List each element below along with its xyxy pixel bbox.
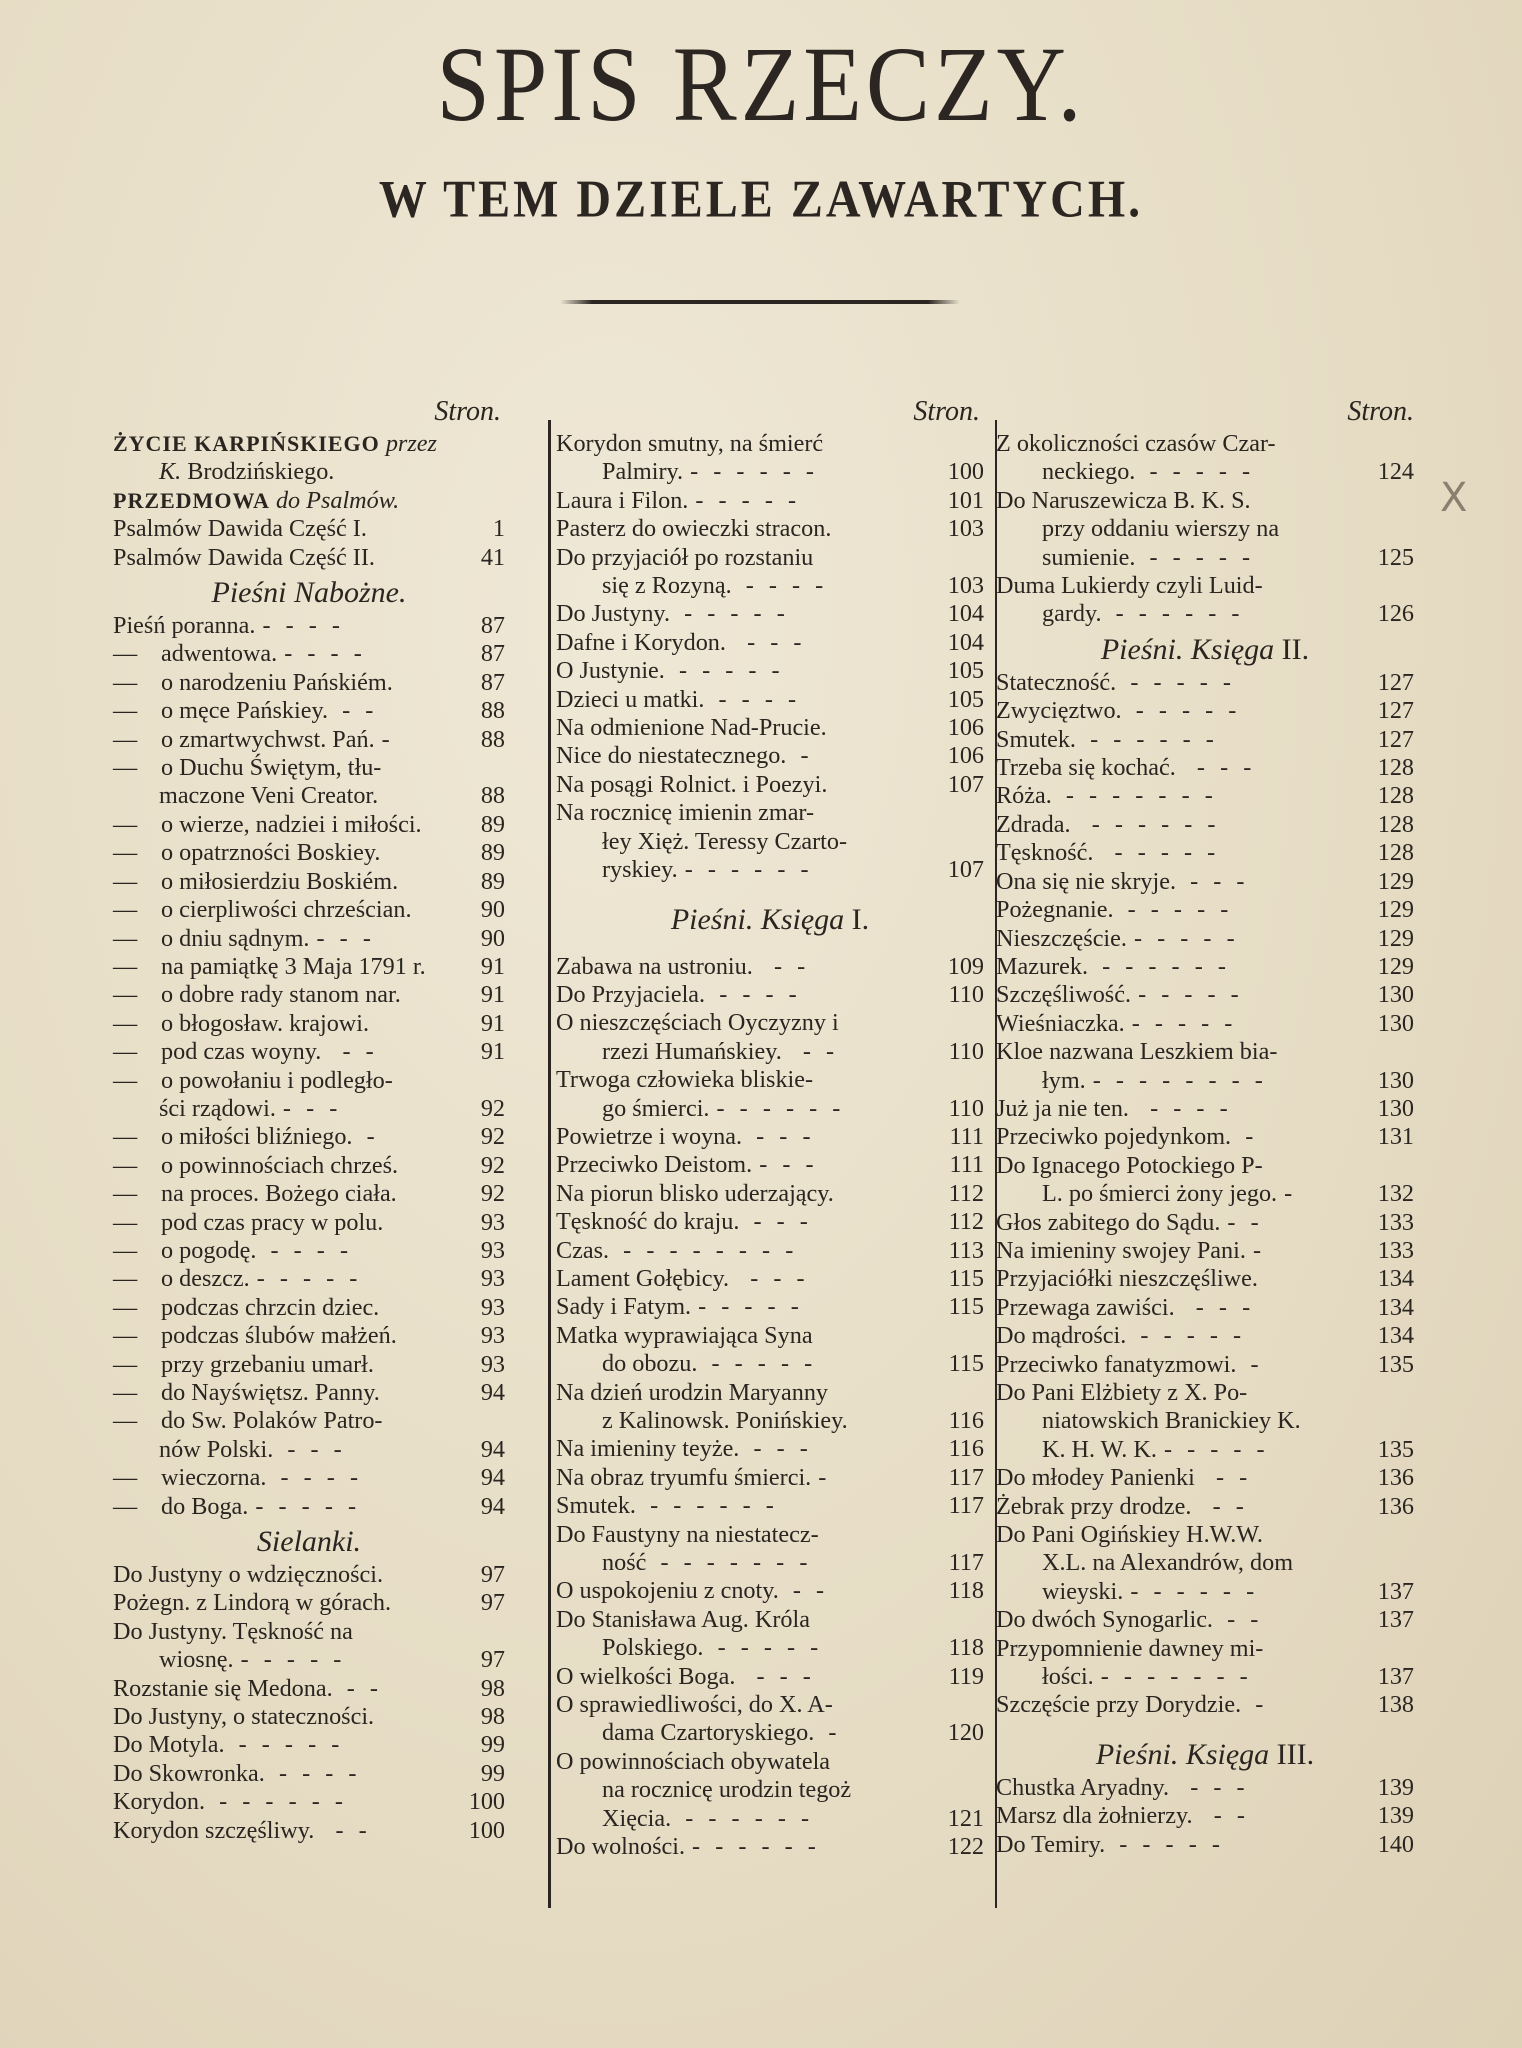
- entry-line: Do Naruszewicza B. K. S.: [996, 487, 1414, 515]
- entry-text: Nice do niestatecznego.: [556, 742, 786, 769]
- toc-entry[interactable]: Z okoliczności czasów Czar-neckiego. - -…: [996, 430, 1414, 487]
- entry-line: Do Przyjaciela. - - - - 110: [556, 981, 984, 1009]
- dot-leader: - - -: [726, 629, 810, 656]
- entry-title: Przewaga zawiści. - - -: [996, 1294, 1368, 1322]
- entry-page: 91: [465, 1038, 505, 1066]
- dot-leader: -: [814, 1719, 844, 1746]
- entry-line-cont: Polskiego. - - - - - 118: [556, 1634, 984, 1662]
- toc-entry[interactable]: —wieczorna. - - - - 94: [113, 1464, 505, 1492]
- toc-entry[interactable]: —na proces. Bożego ciała.92: [113, 1180, 505, 1208]
- toc-entry[interactable]: Do Pani Elżbiety z X. Po-niatowskich Bra…: [996, 1379, 1414, 1464]
- toc-entry[interactable]: —o narodzeniu Pańskiém.87: [113, 669, 505, 697]
- entry-text: o opatrzności Boskiey.: [161, 839, 380, 866]
- entry-text: Duma Lukierdy czyli Luid-: [996, 572, 1263, 599]
- toc-entry[interactable]: —adwentowa. - - - - 87: [113, 640, 505, 668]
- toc-entry[interactable]: Przeciwko fanatyzmowi. - 135: [996, 1351, 1414, 1379]
- toc-entry[interactable]: —o dobre rady stanom nar.91: [113, 981, 505, 1009]
- toc-entry[interactable]: Róża. - - - - - - - 128: [996, 782, 1414, 810]
- entry-page: 128: [1368, 754, 1414, 782]
- toc-entry[interactable]: —o dniu sądnym. - - - 90: [113, 925, 505, 953]
- entry-page: 118: [938, 1634, 984, 1662]
- entry-text: ność: [602, 1549, 646, 1576]
- entry-text: niatowskich Branickiey K.: [1042, 1407, 1301, 1434]
- entry-text: adwentowa.: [161, 640, 277, 667]
- toc-entry[interactable]: Przewaga zawiści. - - - 134: [996, 1294, 1414, 1322]
- toc-entry[interactable]: Już ja nie ten. - - - - 130: [996, 1095, 1414, 1123]
- entry-title: —na proces. Bożego ciała.: [113, 1180, 465, 1208]
- ditto-dash-icon: —: [113, 839, 161, 867]
- toc-entry[interactable]: —do Nayświętsz. Panny.94: [113, 1379, 505, 1407]
- entry-text: Smutek.: [556, 1492, 636, 1519]
- dot-leader: - - - -: [704, 686, 804, 713]
- entry-line: Mazurek. - - - - - - 129: [996, 953, 1414, 981]
- section-label: Pieśni. Księga: [1096, 1738, 1269, 1771]
- toc-entry[interactable]: Zdrada. - - - - - - 128: [996, 811, 1414, 839]
- toc-entry[interactable]: —przy grzebaniu umarł.93: [113, 1351, 505, 1379]
- entry-title: —pod czas woyny. - -: [113, 1038, 465, 1066]
- ditto-dash-icon: —: [113, 1123, 161, 1151]
- toc-entry[interactable]: Na odmienione Nad-Prucie. 106: [556, 714, 984, 742]
- toc-entry[interactable]: —o opatrzności Boskiey.89: [113, 839, 505, 867]
- toc-entry[interactable]: Do Ignacego Potockiego P-L. po śmierci ż…: [996, 1152, 1414, 1209]
- entry-title: O wielkości Boga. - - -: [556, 1663, 938, 1691]
- ditto-dash-icon: —: [113, 726, 161, 754]
- entry-title: Sady i Fatym. - - - - -: [556, 1293, 938, 1321]
- toc-entry[interactable]: Do mądrości. - - - - - 134: [996, 1322, 1414, 1350]
- entry-line: O nieszczęściach Oyczyzny i: [556, 1009, 984, 1037]
- toc-entry[interactable]: Trwoga człowieka bliskie-go śmierci. - -…: [556, 1066, 984, 1123]
- toc-entry[interactable]: —pod czas woyny. - - 91: [113, 1038, 505, 1066]
- toc-entry[interactable]: —do Boga. - - - - - 94: [113, 1493, 505, 1521]
- entry-text: Pasterz do owieczki stracon.: [556, 515, 831, 542]
- entry-title: ŻYCIE KARPIŃSKIEGO: [113, 431, 380, 456]
- entry-line: O wielkości Boga. - - - 119: [556, 1663, 984, 1691]
- entry-page: 112: [938, 1208, 984, 1236]
- toc-entry[interactable]: Smutek. - - - - - - 127: [996, 726, 1414, 754]
- dot-leader: - - - -: [277, 640, 370, 667]
- toc-entry[interactable]: O nieszczęściach Oyczyzny irzezi Humańsk…: [556, 1009, 984, 1066]
- toc-entry[interactable]: —o Duchu Świętym, tłu-maczone Veni Creat…: [113, 754, 505, 811]
- toc-entry[interactable]: Pasterz do owieczki stracon. 103: [556, 515, 984, 543]
- toc-entry[interactable]: Do Justyny. Tęskność nawiosnę. - - - - -…: [113, 1618, 505, 1675]
- entry-text: Zwycięztwo.: [996, 697, 1122, 724]
- entry-text: Rozstanie się Medona.: [113, 1675, 333, 1702]
- toc-entry[interactable]: Zabawa na ustroniu. - - 109: [556, 953, 984, 981]
- toc-entry[interactable]: Tęskność do kraju. - - - 112: [556, 1208, 984, 1236]
- entry-page: 41: [465, 544, 505, 572]
- toc-entry[interactable]: Smutek. - - - - - - 117: [556, 1492, 984, 1520]
- entry-page: 134: [1368, 1265, 1414, 1293]
- toc-entry[interactable]: Przypomnienie dawney mi-łości. - - - - -…: [996, 1635, 1414, 1692]
- ditto-dash-icon: —: [113, 1237, 161, 1265]
- section-label: Pieśni. Księga: [671, 903, 844, 936]
- entry-text: Do Motyla.: [113, 1731, 225, 1758]
- entry-title: gardy. - - - - - -: [1042, 600, 1368, 628]
- entry-line: —o miłości bliźniego. - 92: [113, 1123, 505, 1151]
- entry-title: Nice do niestatecznego. -: [556, 742, 938, 770]
- entry-text: ryskiey.: [602, 856, 678, 883]
- entry-title: —o opatrzności Boskiey.: [113, 839, 465, 867]
- entry-page: 136: [1368, 1464, 1414, 1492]
- ditto-dash-icon: —: [113, 1351, 161, 1379]
- entry-page: 94: [465, 1379, 505, 1407]
- entry-title: X.L. na Alexandrów, dom: [1042, 1549, 1368, 1577]
- entry-line: O uspokojeniu z cnoty. - - 118: [556, 1577, 984, 1605]
- toc-entry-przedmowa[interactable]: PRZEDMOWA do Psalmów.: [113, 487, 505, 515]
- toc-entry[interactable]: O uspokojeniu z cnoty. - - 118: [556, 1577, 984, 1605]
- entry-title: O uspokojeniu z cnoty. - -: [556, 1577, 938, 1605]
- entry-page: 104: [938, 600, 984, 628]
- toc-entry[interactable]: —do Sw. Polaków Patro-nów Polski. - - - …: [113, 1407, 505, 1464]
- entry-title: Do Pani Ogińskiey H.W.W.: [996, 1521, 1368, 1549]
- toc-entry[interactable]: Do wolności. - - - - - - 122: [556, 1833, 984, 1861]
- section-number: II.: [1282, 633, 1309, 666]
- toc-entry[interactable]: —o powinnościach chrześ.92: [113, 1152, 505, 1180]
- entry-title: —przy grzebaniu umarł.: [113, 1351, 465, 1379]
- entry-title: —o dobre rady stanom nar.: [113, 981, 465, 1009]
- entry-title: Smutek. - - - - - -: [556, 1492, 938, 1520]
- toc-entry[interactable]: —o wierze, nadziei i miłości.89: [113, 811, 505, 839]
- entry-title: do obozu. - - - - -: [602, 1350, 938, 1378]
- toc-entry[interactable]: Do Skowronka. - - - - 99: [113, 1760, 505, 1788]
- dot-leader: - - - - -: [1157, 1436, 1273, 1463]
- toc-entry[interactable]: —o pogodę. - - - - 93: [113, 1237, 505, 1265]
- dot-leader: [827, 771, 834, 798]
- toc-entry[interactable]: Psalmów Dawida Część I. 1: [113, 515, 505, 543]
- entry-title: Tęskność. - - - - -: [996, 839, 1368, 867]
- entry-line: —o powinnościach chrześ.92: [113, 1152, 505, 1180]
- toc-entry[interactable]: Na obraz tryumfu śmierci. - 117: [556, 1464, 984, 1492]
- toc-entry[interactable]: Trzeba się kochać. - - - 128: [996, 754, 1414, 782]
- toc-entry[interactable]: Zwycięztwo. - - - - - 127: [996, 697, 1414, 725]
- toc-entry[interactable]: Do Przyjaciela. - - - - 110: [556, 981, 984, 1009]
- entry-line: O sprawiedliwości, do X. A-: [556, 1691, 984, 1719]
- toc-entry[interactable]: Stateczność. - - - - - 127: [996, 669, 1414, 697]
- toc-entry[interactable]: Przeciwko pojedynkom. - 131: [996, 1123, 1414, 1151]
- entry-text: maczone Veni Creator.: [159, 782, 378, 809]
- entry-page: 116: [938, 1435, 984, 1463]
- entry-page: 134: [1368, 1294, 1414, 1322]
- entry-page: 137: [1368, 1663, 1414, 1691]
- toc-entry[interactable]: Do Temiry. - - - - - 140: [996, 1831, 1414, 1859]
- toc-entry[interactable]: —o cierpliwości chrześcian.90: [113, 896, 505, 924]
- toc-entry[interactable]: O sprawiedliwości, do X. A-dama Czartory…: [556, 1691, 984, 1748]
- toc-entry[interactable]: Przeciwko Deistom. - - - 111: [556, 1151, 984, 1179]
- entry-text: łości.: [1042, 1663, 1094, 1690]
- dot-leader: - - - - - - - -: [1086, 1067, 1271, 1094]
- entry-text: Szczęśliwość.: [996, 981, 1131, 1008]
- toc-entry[interactable]: Korydon smutny, na śmierćPalmiry. - - - …: [556, 430, 984, 487]
- toc-entry[interactable]: —podczas chrzcin dziec.93: [113, 1294, 505, 1322]
- ditto-dash-icon: —: [113, 1180, 161, 1208]
- entry-title: łości. - - - - - - -: [1042, 1663, 1368, 1691]
- entry-line: Korydon smutny, na śmierć: [556, 430, 984, 458]
- entry-line: Powietrze i woyna. - - - 111: [556, 1123, 984, 1151]
- toc-entry[interactable]: Tęskność. - - - - - 128: [996, 839, 1414, 867]
- dot-leader: - -: [782, 1038, 842, 1065]
- dot-leader: - - -: [276, 1095, 345, 1122]
- toc-entry[interactable]: Na piorun blisko uderzający.112: [556, 1180, 984, 1208]
- entry-title: sumienie. - - - - -: [1042, 544, 1368, 572]
- toc-entry[interactable]: Chustka Aryadny. - - - 139: [996, 1774, 1414, 1802]
- entry-line: Do Stanisława Aug. Króla: [556, 1606, 984, 1634]
- dot-leader: -: [786, 742, 816, 769]
- toc-entry[interactable]: Pożegnanie. - - - - - 129: [996, 896, 1414, 924]
- entry-line-cont: wieyski. - - - - - - 137: [996, 1578, 1414, 1606]
- entry-page: 136: [1368, 1493, 1414, 1521]
- entry-page: 98: [465, 1703, 505, 1731]
- entry-title: Pożegnanie. - - - - -: [996, 896, 1368, 924]
- entry-page: 105: [938, 686, 984, 714]
- toc-entry[interactable]: Do Pani Ogińskiey H.W.W.X.L. na Alexandr…: [996, 1521, 1414, 1606]
- toc-entry[interactable]: Żebrak przy drodze. - - 136: [996, 1493, 1414, 1521]
- toc-entry[interactable]: —pod czas pracy w polu.93: [113, 1209, 505, 1237]
- entry-page: 130: [1368, 1010, 1414, 1038]
- entry-title: —o miłosierdziu Boskiém.: [113, 868, 465, 896]
- toc-entry[interactable]: —o męce Pańskiey. - - 88: [113, 697, 505, 725]
- entry-text: Róża.: [996, 782, 1052, 809]
- toc-entry[interactable]: Dzieci u matki. - - - - 105: [556, 686, 984, 714]
- entry-text: gardy.: [1042, 600, 1102, 627]
- entry-title: łym. - - - - - - - -: [1042, 1067, 1368, 1095]
- dot-leader: - - - - -: [1093, 839, 1223, 866]
- toc-entry[interactable]: Do Naruszewicza B. K. S.przy oddaniu wie…: [996, 487, 1414, 572]
- entry-line: Dafne i Korydon. - - - 104: [556, 629, 984, 657]
- dot-leader: -: [1236, 1351, 1266, 1378]
- entry-line: Na imieniny swojey Pani. - 133: [996, 1237, 1414, 1265]
- toc-entry[interactable]: Laura i Filon. - - - - - 101: [556, 487, 984, 515]
- entry-line: Zabawa na ustroniu. - - 109: [556, 953, 984, 981]
- toc-entry[interactable]: Na imieniny swojey Pani. - 133: [996, 1237, 1414, 1265]
- toc-entry[interactable]: Powietrze i woyna. - - - 111: [556, 1123, 984, 1151]
- entry-title: —pod czas pracy w polu.: [113, 1209, 465, 1237]
- entry-page: 115: [938, 1265, 984, 1293]
- entry-text: do Sw. Polaków Patro-: [161, 1407, 383, 1434]
- toc-entry[interactable]: Do Stanisława Aug. KrólaPolskiego. - - -…: [556, 1606, 984, 1663]
- entry-text: podczas ślubów małżeń.: [161, 1322, 397, 1349]
- toc-entry[interactable]: Korydon szczęśliwy. - - 100: [113, 1817, 505, 1845]
- entry-text: Do mądrości.: [996, 1322, 1126, 1349]
- entry-title: Róża. - - - - - - -: [996, 782, 1368, 810]
- dot-leader: -: [1277, 1180, 1300, 1207]
- toc-entry[interactable]: Szczęśliwość. - - - - - 130: [996, 981, 1414, 1009]
- entry-title: Do Naruszewicza B. K. S.: [996, 487, 1368, 515]
- entry-text: się z Rozyną.: [602, 572, 732, 599]
- entry-page: 135: [1368, 1436, 1414, 1464]
- toc-entry[interactable]: Rozstanie się Medona. - - 98: [113, 1675, 505, 1703]
- entry-title: Na dzień urodzin Maryanny: [556, 1379, 938, 1407]
- entry-page: 140: [1368, 1831, 1414, 1859]
- entry-page: 88: [465, 726, 505, 754]
- entry-line: Przeciwko Deistom. - - - 111: [556, 1151, 984, 1179]
- entry-page: 117: [938, 1492, 984, 1520]
- toc-entry[interactable]: Czas. - - - - - - - - 113: [556, 1237, 984, 1265]
- toc-entry-zycie[interactable]: ŻYCIE KARPIŃSKIEGO przez: [113, 430, 505, 458]
- toc-entry[interactable]: O wielkości Boga. - - - 119: [556, 1663, 984, 1691]
- dot-leader: - - - - -: [1122, 697, 1245, 724]
- entry-line: Laura i Filon. - - - - - 101: [556, 487, 984, 515]
- entry-line-cont: maczone Veni Creator.88: [113, 782, 505, 810]
- entry-line: Do młodey Panienki - - 136: [996, 1464, 1414, 1492]
- entry-text: Xięcia.: [602, 1805, 671, 1832]
- entry-text: o powołaniu i podległo-: [161, 1067, 393, 1094]
- title-rule-divider: [560, 300, 960, 304]
- entry-text: L. po śmierci żony jego.: [1042, 1180, 1277, 1207]
- toc-entry[interactable]: Sady i Fatym. - - - - - 115: [556, 1293, 984, 1321]
- toc-entry[interactable]: Na dzień urodzin Maryannyz Kalinowsk. Po…: [556, 1379, 984, 1436]
- entry-text: wiosnę.: [159, 1646, 234, 1673]
- toc-entry[interactable]: —o zmartwychwst. Pań. - 88: [113, 726, 505, 754]
- toc-entry[interactable]: Do przyjaciół po rozstaniusię z Rozyną. …: [556, 544, 984, 601]
- toc-entry[interactable]: Pieśń poranna. - - - - 87: [113, 612, 505, 640]
- entry-line: Przeciwko fanatyzmowi. - 135: [996, 1351, 1414, 1379]
- toc-entry[interactable]: Na posągi Rolnict. i Poezyi. 107: [556, 771, 984, 799]
- entry-line: Z okoliczności czasów Czar-: [996, 430, 1414, 458]
- entry-page: 117: [938, 1549, 984, 1577]
- entry-title: Do przyjaciół po rozstaniu: [556, 544, 938, 572]
- dot-leader: - - - - -: [688, 487, 804, 514]
- entry-line: Do Pani Elżbiety z X. Po-: [996, 1379, 1414, 1407]
- entry-title: —o powołaniu i podległo-: [113, 1067, 465, 1095]
- toc-entry[interactable]: Do Motyla. - - - - - 99: [113, 1731, 505, 1759]
- entry-text: przy grzebaniu umarł.: [161, 1351, 374, 1378]
- entry-title: ryskiey. - - - - - -: [602, 856, 938, 884]
- entry-line: Ona się nie skryje. - - - 129: [996, 868, 1414, 896]
- entry-text: O wielkości Boga.: [556, 1663, 735, 1690]
- entry-text: łey Xięż. Teressy Czarto-: [602, 828, 847, 855]
- entry-text: o błogosław. krajowi.: [161, 1010, 369, 1037]
- entry-line-cont: wiosnę. - - - - - 97: [113, 1646, 505, 1674]
- toc-entry[interactable]: Przyjaciółki nieszczęśliwe. 134: [996, 1265, 1414, 1293]
- entry-text: Mazurek.: [996, 953, 1088, 980]
- toc-entry[interactable]: Korydon. - - - - - - 100: [113, 1788, 505, 1816]
- dot-leader: - - - - - -: [1088, 953, 1234, 980]
- entry-text: Na obraz tryumfu śmierci.: [556, 1464, 811, 1491]
- entry-text: Przeciwko fanatyzmowi.: [996, 1351, 1236, 1378]
- dot-leader: - - -: [1176, 868, 1253, 895]
- toc-entry[interactable]: Do dwóch Synogarlic. - - 137: [996, 1606, 1414, 1634]
- entry-text: Korydon.: [113, 1788, 205, 1815]
- entry-title: Przeciwko fanatyzmowi. -: [996, 1351, 1368, 1379]
- entry-page: 127: [1368, 726, 1414, 754]
- page-column-header: Stron.: [996, 398, 1414, 430]
- dot-leader: -: [1231, 1123, 1261, 1150]
- entry-text: pod czas woyny.: [161, 1038, 321, 1065]
- ditto-dash-icon: —: [113, 868, 161, 896]
- toc-entry[interactable]: Do Justyny o wdzięczności.97: [113, 1561, 505, 1589]
- entry-page: 111: [938, 1123, 984, 1151]
- toc-entry[interactable]: —o miłosierdziu Boskiém.89: [113, 868, 505, 896]
- toc-entry[interactable]: Do Justyny, o stateczności.98: [113, 1703, 505, 1731]
- dot-leader: - - - - -: [1126, 1322, 1249, 1349]
- entry-title: Trzeba się kochać. - - -: [996, 754, 1368, 782]
- toc-entry[interactable]: Na rocznicę imienin zmar-łey Xięż. Teres…: [556, 799, 984, 884]
- toc-entry[interactable]: Duma Lukierdy czyli Luid-gardy. - - - - …: [996, 572, 1414, 629]
- entry-text: o cierpliwości chrześcian.: [161, 896, 412, 923]
- entry-text: Do dwóch Synogarlic.: [996, 1606, 1213, 1633]
- dot-leader: - - - - - -: [205, 1788, 351, 1815]
- toc-entry[interactable]: Psalmów Dawida Część II. 41: [113, 544, 505, 572]
- entry-text: o miłosierdziu Boskiém.: [161, 868, 398, 895]
- toc-entry[interactable]: —o miłości bliźniego. - 92: [113, 1123, 505, 1151]
- toc-entry[interactable]: —o deszcz. - - - - - 93: [113, 1265, 505, 1293]
- toc-entry[interactable]: Do młodey Panienki - - 136: [996, 1464, 1414, 1492]
- page-title: SPIS RZECZY.: [0, 21, 1522, 145]
- entry-line: Przypomnienie dawney mi-: [996, 1635, 1414, 1663]
- dot-leader: - - - -: [266, 1464, 366, 1491]
- entry-line-cont: dama Czartoryskiego. - 120: [556, 1719, 984, 1747]
- entry-text: o męce Pańskiey.: [161, 697, 328, 724]
- toc-entry[interactable]: Pożegn. z Lindorą w górach.97: [113, 1589, 505, 1617]
- entry-title: Wieśniaczka. - - - - -: [996, 1010, 1368, 1038]
- entry-page: 115: [938, 1350, 984, 1378]
- entry-page: 113: [938, 1237, 984, 1265]
- entry-page: 139: [1368, 1774, 1414, 1802]
- toc-entry[interactable]: Szczęście przy Dorydzie. - 138: [996, 1691, 1414, 1719]
- toc-entry[interactable]: Do Justyny. - - - - - 104: [556, 600, 984, 628]
- entry-line: —wieczorna. - - - - 94: [113, 1464, 505, 1492]
- entry-page: 137: [1368, 1578, 1414, 1606]
- toc-entry[interactable]: Matka wyprawiająca Synado obozu. - - - -…: [556, 1322, 984, 1379]
- entry-initial: K.: [159, 458, 181, 485]
- toc-entry[interactable]: Mazurek. - - - - - - 129: [996, 953, 1414, 981]
- dot-leader: - -: [314, 1817, 374, 1844]
- dot-leader: - - - - - - -: [1094, 1663, 1256, 1690]
- section-heading: Sielanki.: [113, 1521, 505, 1561]
- toc-entry[interactable]: Dafne i Korydon. - - - 104: [556, 629, 984, 657]
- entry-title: Przyjaciółki nieszczęśliwe.: [996, 1265, 1368, 1293]
- dot-leader: - - - - -: [703, 1634, 826, 1661]
- entry-title: —o miłości bliźniego. -: [113, 1123, 465, 1151]
- entry-line-cont: przy oddaniu wierszy na: [996, 515, 1414, 543]
- entry-title: Na obraz tryumfu śmierci. -: [556, 1464, 938, 1492]
- entry-page: 129: [1368, 925, 1414, 953]
- entry-text: sumienie.: [1042, 544, 1135, 571]
- toc-entry[interactable]: Kloe nazwana Leszkiem bia-łym. - - - - -…: [996, 1038, 1414, 1095]
- entry-text: Tęskność.: [996, 839, 1093, 866]
- toc-entry[interactable]: —na pamiątkę 3 Maja 1791 r.91: [113, 953, 505, 981]
- entry-title: —do Nayświętsz. Panny.: [113, 1379, 465, 1407]
- toc-entry[interactable]: Głos zabitego do Sądu. - - 133: [996, 1209, 1414, 1237]
- toc-entry[interactable]: —o błogosław. krajowi.91: [113, 1010, 505, 1038]
- toc-entry[interactable]: Nice do niestatecznego. - 106: [556, 742, 984, 770]
- toc-entry[interactable]: O Justynie. - - - - - 105: [556, 657, 984, 685]
- entry-text: Do Justyny o wdzięczności.: [113, 1561, 383, 1588]
- entry-line: Głos zabitego do Sądu. - - 133: [996, 1209, 1414, 1237]
- toc-entry[interactable]: Wieśniaczka. - - - - - 130: [996, 1010, 1414, 1038]
- toc-entry[interactable]: Nieszczęście. - - - - - 129: [996, 925, 1414, 953]
- toc-entry[interactable]: O powinnościach obywatelana rocznicę uro…: [556, 1748, 984, 1833]
- toc-entry[interactable]: Do Faustyny na niestatecz-ność - - - - -…: [556, 1521, 984, 1578]
- entry-title: O Justynie. - - - - -: [556, 657, 938, 685]
- entry-title: —o cierpliwości chrześcian.: [113, 896, 465, 924]
- toc-entry[interactable]: —podczas ślubów małżeń.93: [113, 1322, 505, 1350]
- entry-title: Do dwóch Synogarlic. - -: [996, 1606, 1368, 1634]
- entry-page: 126: [1368, 600, 1414, 628]
- entry-page: 129: [1368, 896, 1414, 924]
- toc-entry[interactable]: Na imieniny teyże. - - - 116: [556, 1435, 984, 1463]
- toc-entry[interactable]: —o powołaniu i podległo-ści rządowi. - -…: [113, 1067, 505, 1124]
- ditto-dash-icon: —: [113, 1209, 161, 1237]
- toc-entry[interactable]: Lament Gołębicy. - - - 115: [556, 1265, 984, 1293]
- entry-line: Róża. - - - - - - - 128: [996, 782, 1414, 810]
- entry-title: —na pamiątkę 3 Maja 1791 r.: [113, 953, 465, 981]
- toc-entry[interactable]: Marsz dla żołnierzy. - - 139: [996, 1802, 1414, 1830]
- toc-column-3: Stron. Z okoliczności czasów Czar-neckie…: [996, 398, 1414, 1859]
- toc-entry[interactable]: Ona się nie skryje. - - - 129: [996, 868, 1414, 896]
- entry-line: Do mądrości. - - - - - 134: [996, 1322, 1414, 1350]
- entry-page: 87: [465, 612, 505, 640]
